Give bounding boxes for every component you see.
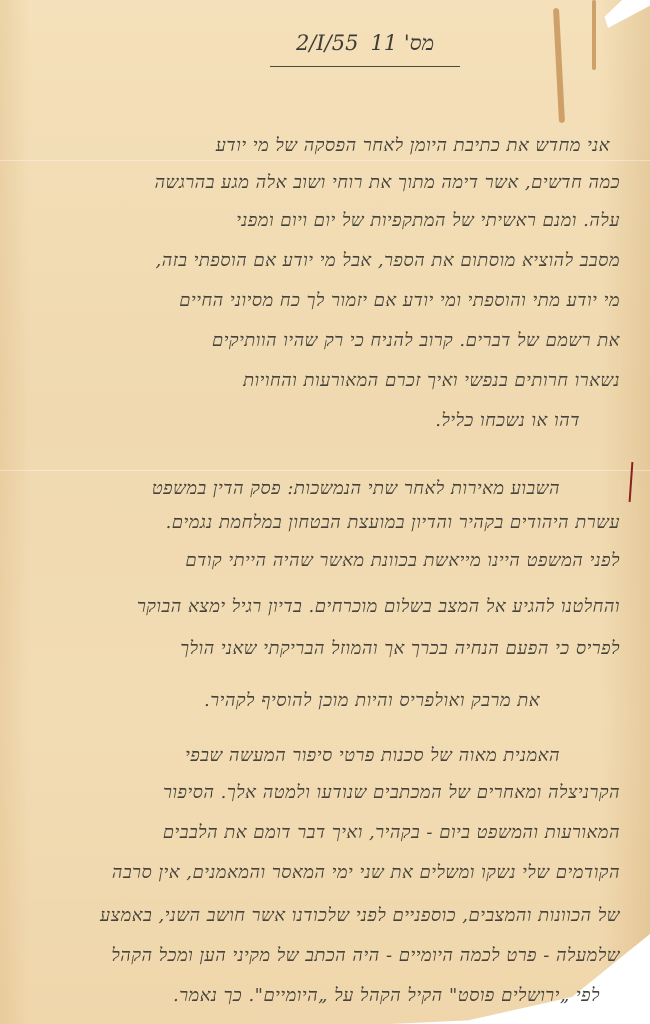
- text-line: המאורעות והמשפט ביום - בקהיר, ואיך דבר ד…: [30, 822, 620, 843]
- text-line: והחלטנו להגיע אל המצב בשלום מוכרחים. בדי…: [30, 596, 620, 617]
- text-line: אני מחדש את כתיבת היומן לאחר הפסקה של מי…: [30, 135, 610, 156]
- text-line: הקרניצלה ומאחרים של המכתבים שנודעו ולמטה…: [30, 782, 620, 803]
- text-line: מי יודע מתי והוספתי ומי יודע אם יזמור לך…: [30, 290, 620, 311]
- text-line: לפני המשפט היינו מייאשת בכוונת מאשר שהיה…: [30, 550, 620, 571]
- text-line: מסבב להוציא מוסתום את הספר, אבל מי יודע …: [30, 250, 620, 271]
- text-line: כמה חדשים, אשר דימה מתוך את רוחי ושוב אל…: [30, 172, 620, 193]
- text-line: השבוע מאירות לאחר שתי הנמשכות: פסק הדין …: [30, 478, 560, 499]
- text-line: של הכוונות והמצבים, כוספניים לפני שלכודנ…: [30, 905, 620, 926]
- text-line: עשרת היהודים בקהיר והדיון במועצת הבטחון …: [30, 512, 620, 533]
- text-line: האמנית מאוה של סכנות פרטי סיפור המעשה שב…: [30, 745, 560, 766]
- document-body: אני מחדש את כתיבת היומן לאחר הפסקה של מי…: [30, 0, 620, 1024]
- text-line: את רשמם של דברים. קרוב להניח כי רק שהיו …: [30, 330, 620, 351]
- text-line: עלה. ומנם ראשיתי של המתקפיות של יום ויום…: [30, 210, 620, 231]
- text-line: את מרבק ואולפריס והיות מוכן להוסיף לקהיר…: [30, 690, 540, 711]
- text-line: דהו או נשכחו כליל.: [30, 410, 580, 431]
- text-line: נשארו חרותים בנפשי ואיך זכרם המאורעות וה…: [30, 370, 620, 391]
- text-line: הקודמים שלי נשקו ומשלים את שני ימי המאסר…: [30, 862, 620, 883]
- text-line: שלמעלה - פרט לכמה היומיים - היה הכתב של …: [30, 945, 620, 966]
- text-line: לפי „ירושלים פוסט" הקיל הקהל על „היומיים…: [30, 985, 600, 1006]
- text-line: לפריס כי הפעם הנחיה בכרך אך והמוזל הבריק…: [30, 638, 620, 659]
